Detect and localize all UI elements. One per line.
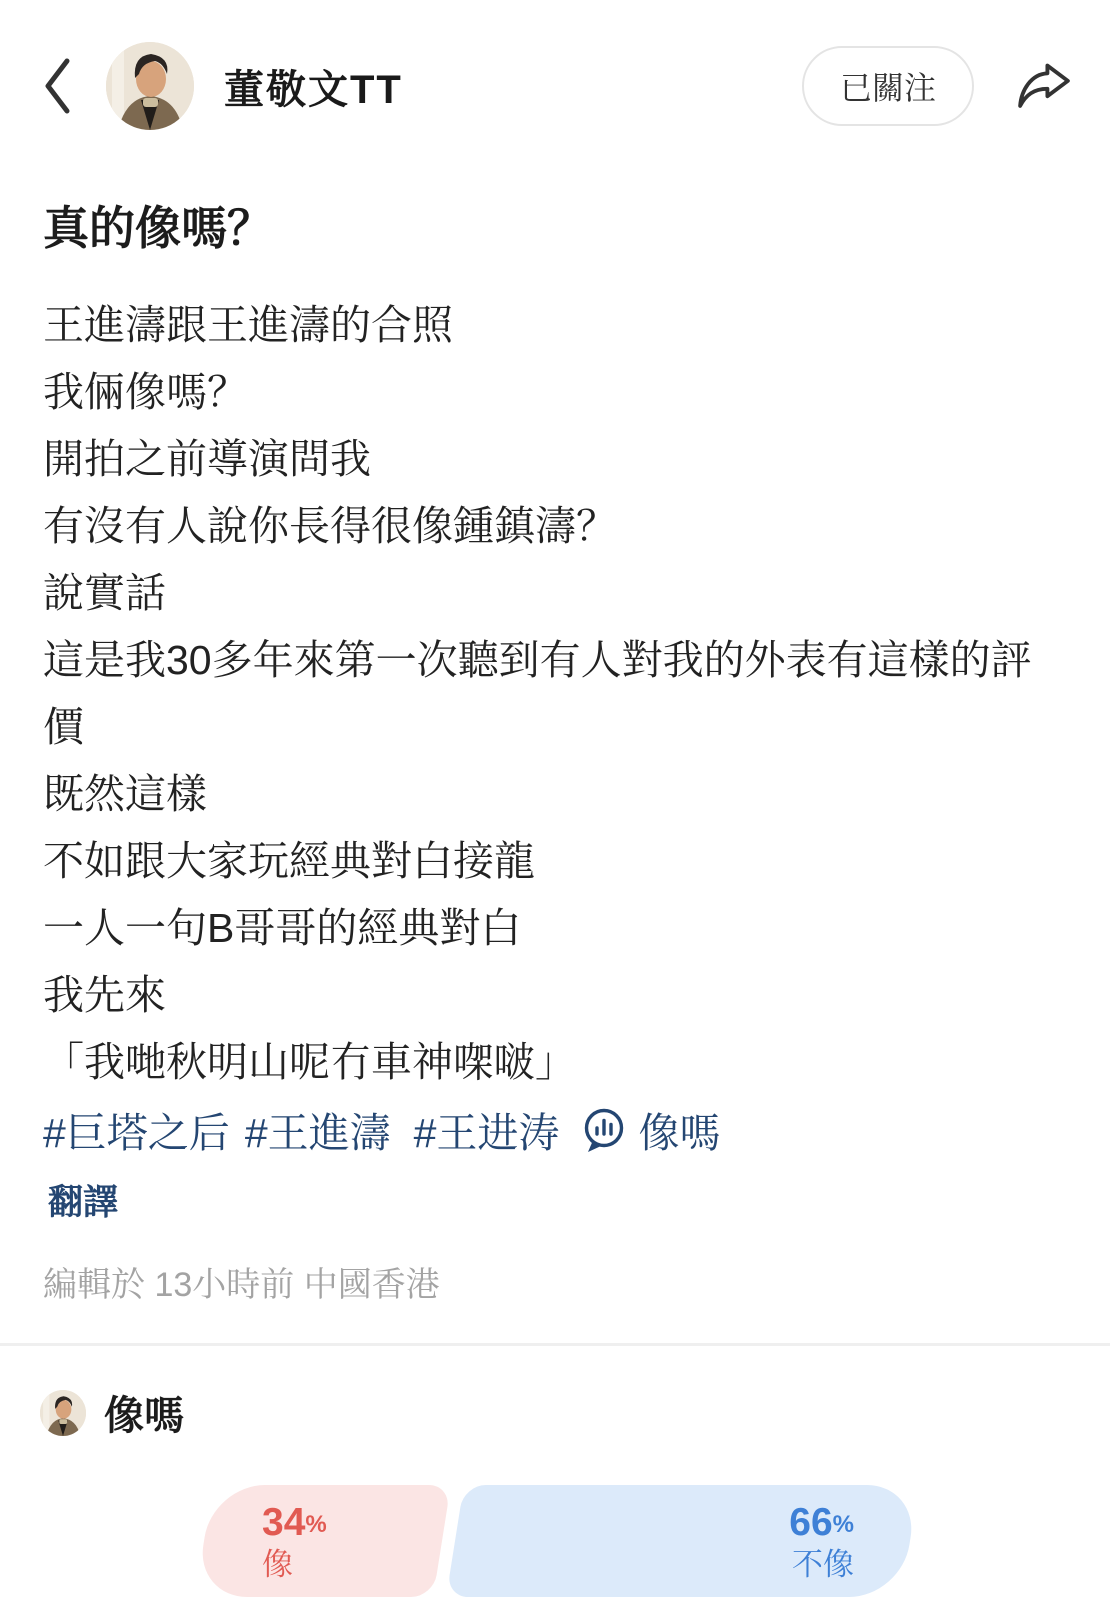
chevron-left-icon xyxy=(40,55,74,117)
poll-option-label: 像 xyxy=(262,1549,293,1580)
translate-button[interactable]: 翻譯 xyxy=(43,1175,118,1225)
note-detail-page: 董敬文TT 已關注 真的像嗎？ 王進濤跟王進濤的合照 我倆像嗎？ 開拍之前導演問… xyxy=(0,0,1110,1600)
hashtag-row: #巨塔之后 #王進濤 #王进涛 像嗎 xyxy=(43,1096,1067,1163)
author-avatar[interactable] xyxy=(106,42,194,130)
hashtag-link[interactable]: #王進濤 xyxy=(245,1100,391,1159)
post-line: 一人一句B哥哥的經典對白 xyxy=(43,895,1067,962)
avatar-image xyxy=(106,42,194,130)
share-button[interactable] xyxy=(1016,61,1072,111)
section-divider xyxy=(0,1343,1110,1346)
post-line: 我先來 xyxy=(43,962,1067,1029)
poll-speech-bubble-icon xyxy=(580,1106,628,1154)
post-line: 王進濤跟王進濤的合照 xyxy=(43,292,1067,359)
poll-topic-label: 像嗎 xyxy=(638,1100,720,1159)
hashtag-link[interactable]: #王进涛 xyxy=(414,1100,560,1159)
author-username[interactable]: 董敬文TT xyxy=(224,58,403,115)
post-meta-timestamp: 編輯於 13小時前 中國香港 xyxy=(43,1257,1067,1306)
post-line: 我倆像嗎？ xyxy=(43,359,1067,426)
share-arrow-icon xyxy=(1016,61,1072,111)
back-button[interactable] xyxy=(40,55,74,117)
post-line: 價 xyxy=(43,694,1067,761)
poll-header: 像嗎 xyxy=(40,1384,1110,1441)
poll-topic-link[interactable]: 像嗎 xyxy=(580,1100,720,1159)
post-line: 不如跟大家玩經典對白接龍 xyxy=(43,828,1067,895)
poll-option-yes[interactable]: 34% 像 xyxy=(195,1485,451,1597)
following-button[interactable]: 已關注 xyxy=(802,46,974,126)
avatar-image xyxy=(40,1390,86,1436)
poll-title: 像嗎 xyxy=(104,1384,184,1441)
poll-results: 34% 像 66% 不像 xyxy=(204,1485,910,1597)
poll-avatar xyxy=(40,1390,86,1436)
poll-option-label: 不像 xyxy=(792,1549,854,1580)
post-content: 真的像嗎？ 王進濤跟王進濤的合照 我倆像嗎？ 開拍之前導演問我 有沒有人說你長得… xyxy=(0,204,1110,1306)
poll-option-no[interactable]: 66% 不像 xyxy=(446,1485,919,1597)
poll-percent: 66% xyxy=(789,1503,854,1542)
post-line: 既然這樣 xyxy=(43,761,1067,828)
post-line: 開拍之前導演問我 xyxy=(43,426,1067,493)
top-nav: 董敬文TT 已關注 xyxy=(0,0,1110,130)
post-line: 「我哋秋明山呢冇車神㗎啵」 xyxy=(43,1029,1067,1096)
post-line: 有沒有人說你長得很像鍾鎮濤？ xyxy=(43,493,1067,560)
post-title: 真的像嗎？ xyxy=(43,204,1067,252)
post-line: 這是我30多年來第一次聽到有人對我的外表有這樣的評 xyxy=(43,627,1067,694)
hashtag-link[interactable]: #巨塔之后 xyxy=(43,1100,230,1159)
post-line: 說實話 xyxy=(43,560,1067,627)
poll-percent: 34% xyxy=(262,1503,327,1542)
post-body: 王進濤跟王進濤的合照 我倆像嗎？ 開拍之前導演問我 有沒有人說你長得很像鍾鎮濤？… xyxy=(43,292,1067,1163)
